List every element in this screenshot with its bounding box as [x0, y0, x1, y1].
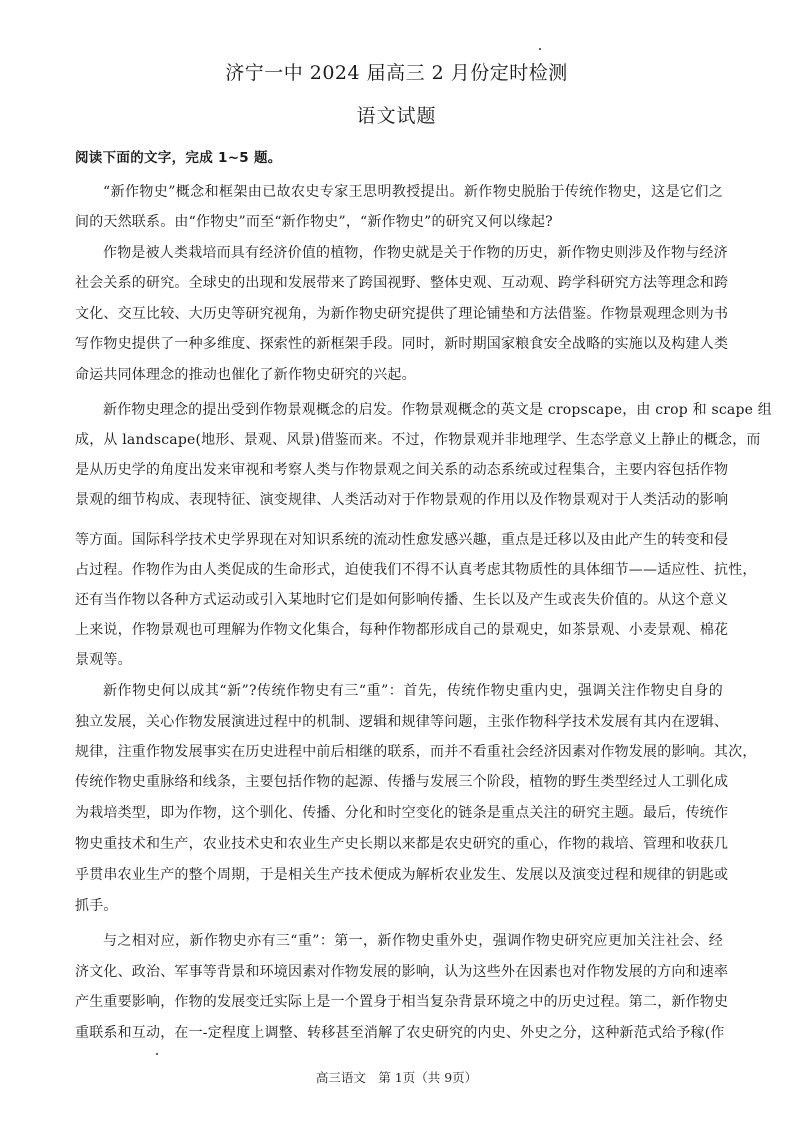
- paragraph-line: 规律，注重作物发展事实在历史进程中前后相继的联系，而并不看重社会经济因素对作物发…: [75, 741, 723, 761]
- paragraph-line: 景观等。: [75, 649, 723, 669]
- paragraph-line: 文化、交互比较、大历史等研究视角，为新作物史研究提供了理论铺垫和方法借鉴。作物景…: [75, 303, 723, 323]
- paragraph-line: 传统作物史重脉络和线条，主要包括作物的起源、传播与发展三个阶段，植物的野生类型经…: [75, 771, 723, 791]
- exam-subtitle: 语文试题: [0, 101, 793, 128]
- document-page: 济宁一中 2024 届高三 2 月份定时检测 语文试题 阅读下面的文字，完成 1…: [0, 0, 793, 1122]
- paragraph-line: 间的天然联系。由“作物史”而至“新作物史”，“新作物史”的研究又何以缘起?: [75, 211, 723, 231]
- speck-mark: [539, 48, 541, 50]
- paragraph-line: “新作物史”概念和框架由已故农史专家王思明教授提出。新作物史脱胎于传统作物史，这…: [103, 181, 723, 201]
- paragraph-line: 与之相对应，新作物史亦有三“重”：第一，新作物史重外史，强调作物史研究应更加关注…: [103, 930, 723, 950]
- paragraph-line: 为栽培类型，即为作物，这个驯化、传播、分化和时空变化的链条是重点关注的研究主题。…: [75, 802, 723, 822]
- paragraph-line: 独立发展，关心作物发展演进过程中的机制、逻辑和规律等问题，主张作物科学技术发展有…: [75, 711, 723, 731]
- paragraph-line: 新作物史理念的提出受到作物景观概念的启发。作物景观概念的英文是 cropscap…: [103, 399, 723, 419]
- paragraph-line: 抓手。: [75, 895, 723, 915]
- paragraph-line: 产生重要影响，作物的发展变迁实际上是一个置身于相当复杂背景环境之中的历史过程。第…: [75, 991, 723, 1011]
- paragraph-line: 上来说，作物景观也可理解为作物文化集合，每种作物都形成自己的景观史，如茶景观、小…: [75, 619, 723, 639]
- paragraph-line: 命运共同体理念的推动也催化了新作物史研究的兴起。: [75, 364, 723, 384]
- speck-mark: [156, 1053, 158, 1055]
- paragraph-line: 社会关系的研究。全球史的出现和发展带来了跨国视野、整体史观、互动观、跨学科研究方…: [75, 272, 723, 292]
- page-footer: 高三语文 第 1页（共 9页）: [0, 1068, 793, 1086]
- paragraph-line: 成，从 landscape(地形、景观、风景)借鉴而来。不过，作物景观并非地理学…: [75, 429, 723, 449]
- paragraph-line: 占过程。作物作为由人类促成的生命形式，迫使我们不得不认真考虑其物质性的具体细节—…: [75, 559, 723, 579]
- paragraph-line: 作物是被人类栽培而具有经济价值的植物，作物史就是关于作物的历史，新作物史则涉及作…: [103, 242, 723, 262]
- paragraph-line: 重联系和互动，在一-定程度上调整、转移甚至消解了农史研究的内史、外史之分，这种新…: [75, 1022, 723, 1042]
- paragraph-line: 还有当作物以各种方式运动或引入某地时它们是如何影响传播、生长以及产生或丧失价值的…: [75, 589, 723, 609]
- exam-title: 济宁一中 2024 届高三 2 月份定时检测: [0, 58, 793, 85]
- paragraph-line: 济文化、政治、军事等背景和环境因素对作物发展的影响，认为这些外在因素也对作物发展…: [75, 961, 723, 981]
- paragraph-line: 景观的细节构成、表现特征、演变规律、人类活动对于作物景观的作用以及作物景观对于人…: [75, 489, 723, 509]
- paragraph-line: 等方面。国际科学技术史学界现在对知识系统的流动性愈发感兴趣，重点是迁移以及由此产…: [75, 529, 723, 549]
- paragraph-line: 乎贯串农业生产的整个周期，于是相关生产技术便成为解析农业发生、发展以及演变过程和…: [75, 864, 723, 884]
- reading-instruction: 阅读下面的文字，完成 1~5 题。: [75, 146, 282, 166]
- paragraph-line: 新作物史何以成其“新”?传统作物史有三“重”：首先，传统作物史重内史，强调关注作…: [103, 680, 723, 700]
- paragraph-line: 写作物史提供了一种多维度、探索性的新框架手段。同时，新时期国家粮食安全战略的实施…: [75, 333, 723, 353]
- paragraph-line: 物史重技术和生产，农业技术史和农业生产史长期以来都是农史研究的重心，作物的栽培、…: [75, 833, 723, 853]
- paragraph-line: 是从历史学的角度出发来审视和考察人类与作物景观之间关系的动态系统或过程集合，主要…: [75, 459, 723, 479]
